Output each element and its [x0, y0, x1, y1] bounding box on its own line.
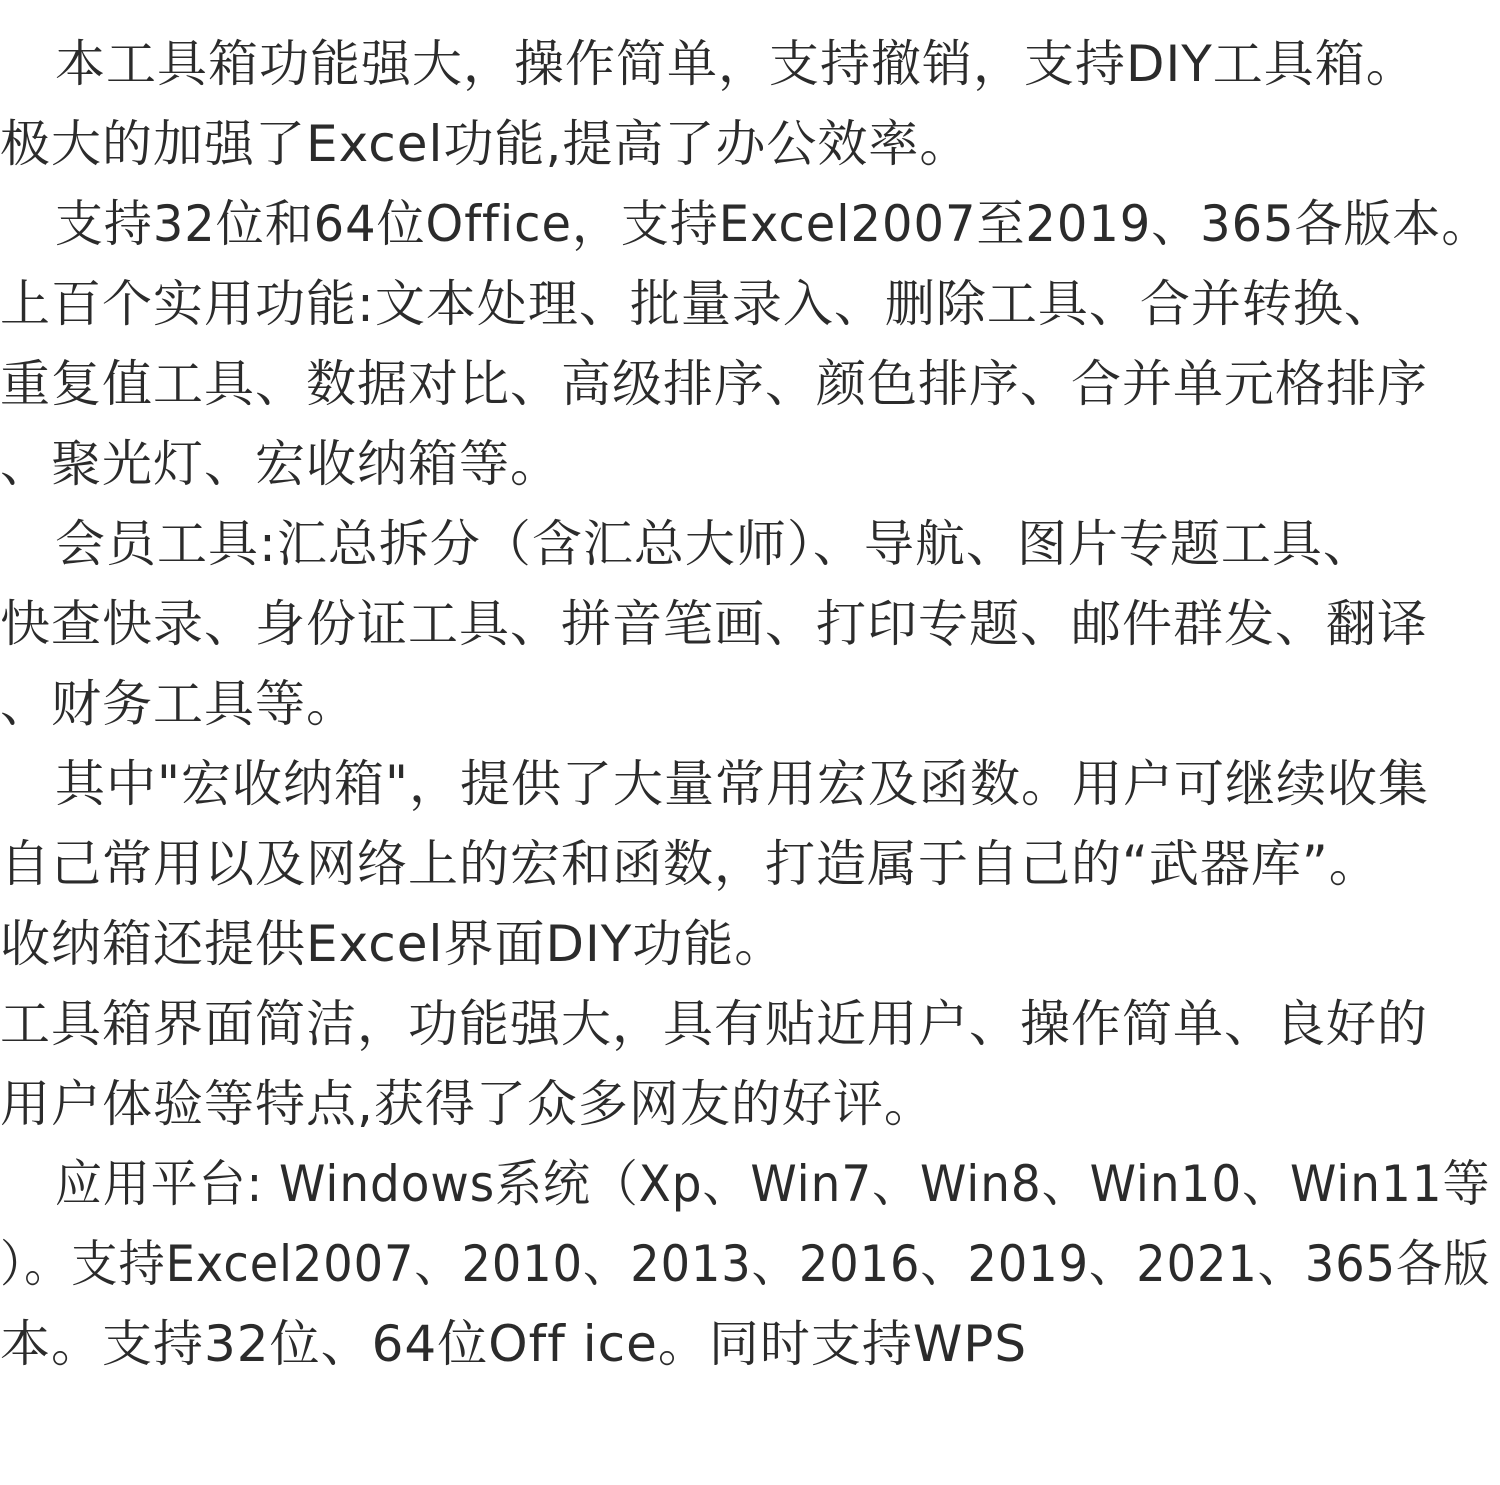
paragraph-compatibility-line-4: 、聚光灯、宏收纳箱等。	[0, 432, 561, 496]
paragraph-macro-box-line-2: 自己常用以及网络上的宏和函数，打造属于自己的“武器库”。	[0, 832, 1380, 896]
paragraph-platform-line-2: ）。支持Excel2007、2010、2013、2016、2019、2021、3…	[0, 1232, 1490, 1296]
document-body: 本工具箱功能强大，操作简单，支持撤销，支持DIY工具箱。 极大的加强了Excel…	[0, 0, 1500, 1485]
paragraph-member-tools-line-2: 快查快录、身份证工具、拼音笔画、打印专题、邮件群发、翻译	[0, 592, 1428, 656]
paragraph-compatibility-line-3: 重复值工具、数据对比、高级排序、颜色排序、合并单元格排序	[0, 352, 1428, 416]
paragraph-compatibility-line-1: 支持32位和64位Office，支持Excel2007至2019、365各版本。	[55, 192, 1490, 256]
paragraph-macro-box-line-1: 其中"宏收纳箱"，提供了大量常用宏及函数。用户可继续收集	[55, 752, 1429, 816]
paragraph-intro-line-2: 极大的加强了Excel功能,提高了办公效率。	[0, 112, 970, 176]
paragraph-platform-line-3: 本。支持32位、64位Off ice。同时支持WPS	[0, 1312, 1027, 1376]
paragraph-platform-line-1: 应用平台: Windows系统（Xp、Win7、Win8、Win10、Win11…	[55, 1152, 1490, 1216]
paragraph-member-tools-line-3: 、财务工具等。	[0, 672, 357, 736]
paragraph-intro-line-1: 本工具箱功能强大，操作简单，支持撤销，支持DIY工具箱。	[55, 32, 1417, 96]
paragraph-member-tools-line-1: 会员工具:汇总拆分（含汇总大师）、导航、图片专题工具、	[55, 512, 1374, 576]
paragraph-compatibility-line-2: 上百个实用功能:文本处理、批量录入、删除工具、合并转换、	[0, 272, 1395, 336]
paragraph-ui-summary-line-1: 工具箱界面简洁，功能强大，具有贴近用户、操作简单、良好的	[0, 992, 1428, 1056]
paragraph-macro-box-line-3: 收纳箱还提供Excel界面DIY功能。	[0, 912, 785, 976]
paragraph-ui-summary-line-2: 用户体验等特点,获得了众多网友的好评。	[0, 1072, 935, 1136]
